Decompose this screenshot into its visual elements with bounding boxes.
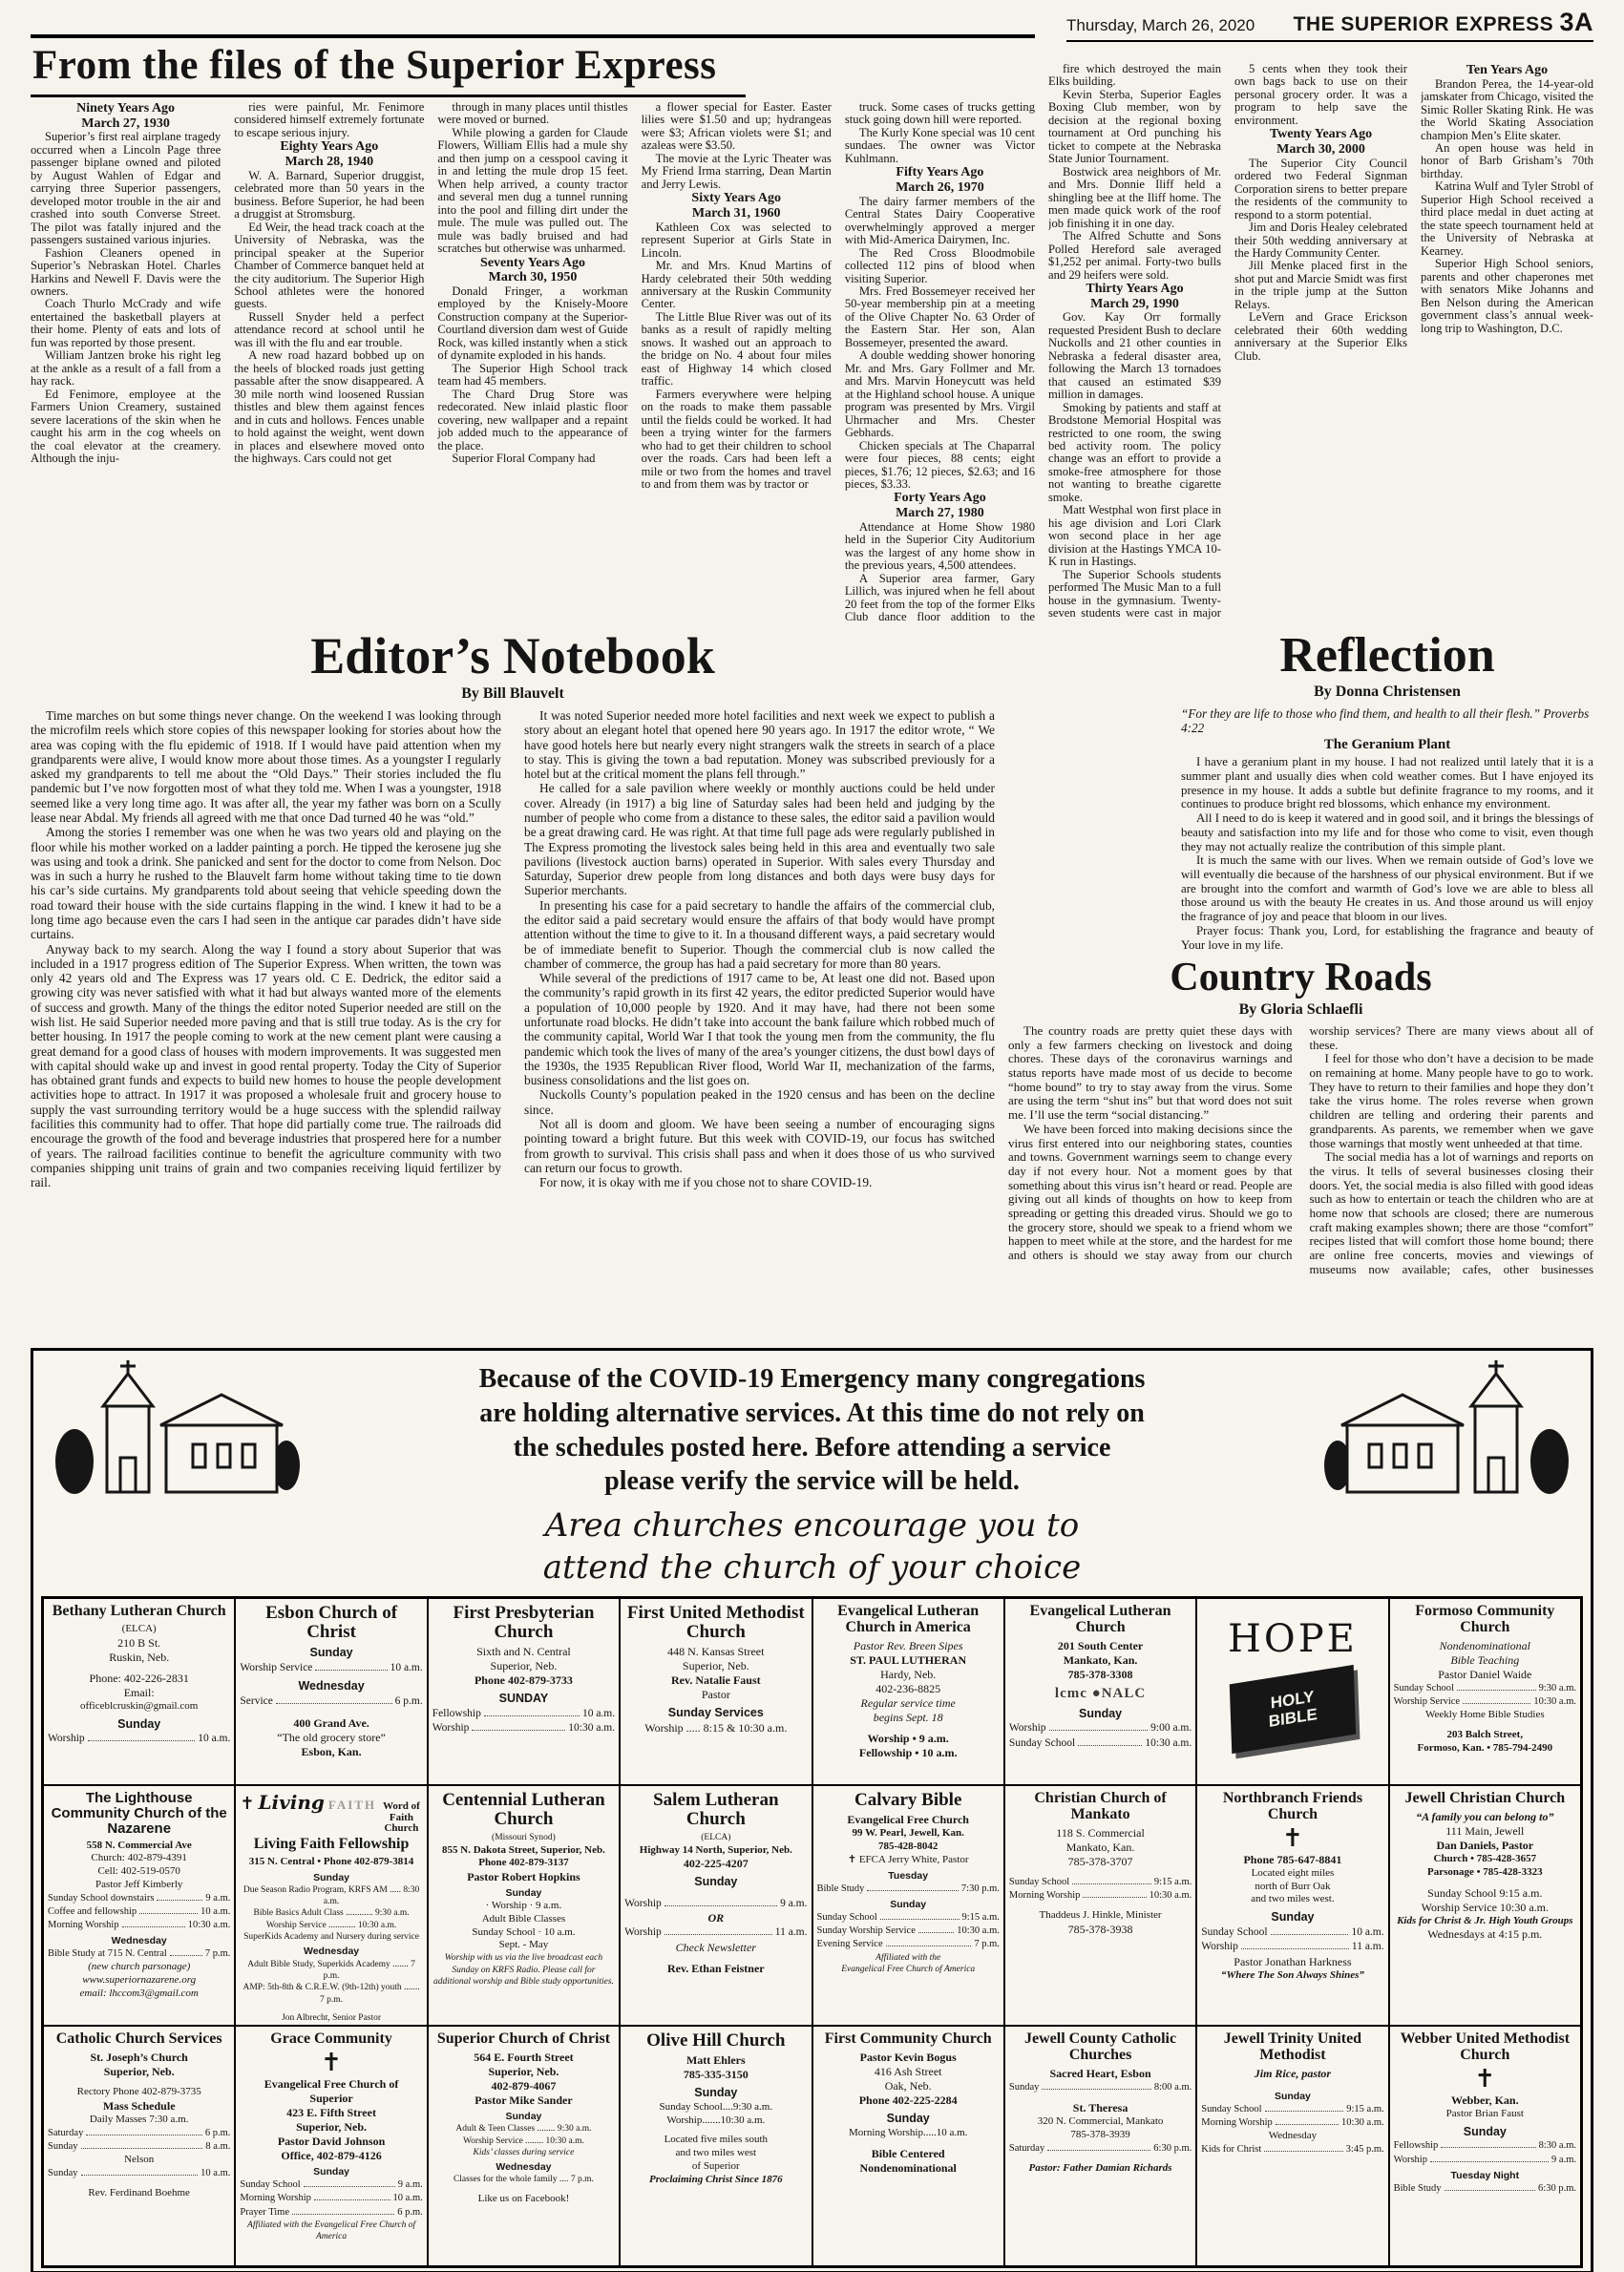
schedule-line: Sunday8 a.m. [48, 2140, 230, 2154]
dotted-leader [1463, 1703, 1530, 1704]
church-name: Evangelical Lutheran Church in America [817, 1604, 1000, 1636]
schedule-time: 6 p.m. [395, 1694, 423, 1710]
church-detail: Bible Centered [817, 2147, 1000, 2161]
news-paragraph: The Superior Schools students performed … [1048, 569, 1221, 621]
files-column: Ninety Years AgoMarch 27, 1930Superior’s… [31, 101, 221, 624]
paragraph: In presenting his case for a paid secret… [524, 898, 995, 971]
schedule-line: Worship10:30 a.m. [432, 1721, 615, 1736]
schedule-label: Sunday [48, 2140, 78, 2154]
files-column: 5 cents when they took their own bags ba… [1234, 63, 1407, 621]
church-icon: ✝ [1201, 1826, 1383, 1851]
reflection-subtitle: The Geranium Plant [1181, 737, 1593, 753]
era-heading: March 27, 1930 [31, 116, 221, 132]
church-detail: 785-378-3707 [1009, 1855, 1192, 1869]
schedule-label: Sunday School [240, 2178, 300, 2192]
schedule-line: Worship9 a.m. [624, 1897, 807, 1912]
schedule-line: Kids for Christ3:45 p.m. [1201, 2143, 1383, 2156]
dotted-leader [1241, 1948, 1349, 1949]
schedule-label: Worship Service [1394, 1695, 1460, 1709]
spacer [624, 2127, 807, 2134]
news-paragraph: LeVern and Grace Erickson celebrated the… [1234, 311, 1407, 363]
church-detail: Ruskin, Neb. [48, 1651, 230, 1665]
news-paragraph: Gov. Kay Orr formally requested Presiden… [1048, 311, 1221, 401]
schedule-time: 3:45 p.m. [1346, 2143, 1384, 2156]
dotted-leader [1265, 2111, 1344, 2112]
church-detail: Email: [48, 1686, 230, 1700]
schedule-label: Saturday [1009, 2142, 1044, 2156]
schedule-label: Prayer Time [240, 2206, 289, 2219]
church-detail: Sunday School 9:15 a.m. [1394, 1886, 1576, 1901]
church-detail: Classes for the whole family .... 7 p.m. [432, 2174, 615, 2185]
church-detail: OR [624, 1911, 807, 1925]
schedule-label: Worship [1009, 1721, 1046, 1736]
schedule-time: 7 p.m. [974, 1938, 1000, 1951]
church-cell: Salem Lutheran Church(ELCA)Highway 14 No… [620, 1785, 812, 2026]
church-detail: Mass Schedule [48, 2099, 230, 2114]
church-detail: Evangelical Free Church of [240, 2077, 422, 2092]
church-cell: Jewell Trinity United MethodistJim Rice,… [1196, 2026, 1388, 2266]
dotted-leader [484, 1715, 580, 1716]
church-detail: Pastor Brian Faust [1394, 2108, 1576, 2121]
schedule-time: 10 a.m. [198, 1732, 230, 1747]
news-paragraph: Katrina Wulf and Tyler Strobl of Superio… [1421, 180, 1593, 258]
news-paragraph: The Red Cross Bloodmobile collected 112 … [845, 247, 1035, 285]
church-detail: Worship with us via the live broadcast e… [432, 1952, 615, 1988]
schedule-label: Bible Study at 715 N. Central [48, 1947, 167, 1961]
church-detail: Phone 785-647-8841 [1201, 1853, 1383, 1867]
schedule-time: 10 a.m. [393, 2192, 423, 2205]
dotted-leader [292, 2214, 394, 2215]
church-detail: Rev. Ethan Feistner [624, 1962, 807, 1976]
church-detail: Pastor [624, 1688, 807, 1702]
dotted-leader [1047, 2150, 1150, 2151]
church-detail: Bible Basics Adult Class ............ 9:… [240, 1907, 422, 1919]
schedule-label: Saturday [48, 2127, 83, 2140]
era-heading: Sixty Years Ago [642, 191, 832, 206]
church-detail: Nondenominational [817, 2161, 1000, 2176]
church-detail: Sunday [1201, 1910, 1383, 1925]
news-paragraph: Superior Floral Company had [437, 452, 627, 465]
files-column: fire which destroyed the main Elks build… [1048, 63, 1221, 621]
news-paragraph: The Little Blue River was out of its ban… [642, 311, 832, 389]
paragraph: All I need to do is keep it watered and … [1181, 811, 1593, 853]
church-detail: Regular service time [817, 1696, 1000, 1711]
dotted-leader [886, 1946, 972, 1946]
paragraph: Area churches encourage you to [33, 1504, 1591, 1546]
news-paragraph: Donald Fringer, a workman employed by th… [437, 285, 627, 363]
church-detail: 402-225-4207 [624, 1857, 807, 1871]
church-detail: 111 Main, Jewell [1394, 1824, 1576, 1839]
news-paragraph: Jill Menke placed first in the shot put … [1234, 260, 1407, 311]
church-detail: begins Sept. 18 [817, 1711, 1000, 1725]
era-heading: Thirty Years Ago [1048, 282, 1221, 297]
schedule-label: Sunday Worship Service [817, 1925, 916, 1938]
schedule-label: Sunday School [817, 1911, 877, 1925]
church-name: Northbranch Friends Church [1201, 1791, 1383, 1823]
schedule-time: 10:30 a.m. [188, 1919, 231, 1932]
schedule-line: Worship9 a.m. [1394, 2154, 1576, 2167]
schedule-label: Sunday School [1201, 1925, 1267, 1941]
church-detail: Pastor Kevin Bogus [817, 2051, 1000, 2065]
church-cell: Webber United Methodist Church✝Webber, K… [1389, 2026, 1581, 2266]
spacer [817, 2140, 1000, 2147]
church-detail: Sunday [817, 2112, 1000, 2127]
church-detail: Sunday [1009, 1707, 1192, 1722]
spacer [240, 2006, 422, 2012]
church-detail: 416 Ash Street [817, 2065, 1000, 2079]
news-paragraph: Ed Weir, the head track coach at the Uni… [234, 221, 424, 311]
news-paragraph: The dairy farmer members of the Central … [845, 196, 1035, 247]
dotted-leader [1457, 1690, 1536, 1691]
newspaper-page: Thursday, March 26, 2020 THE SUPERIOR EX… [0, 0, 1624, 2272]
schedule-time: 10:30 a.m. [1149, 1889, 1192, 1903]
church-detail: Webber, Kan. [1394, 2093, 1576, 2108]
church-illustration-left [43, 1360, 310, 1501]
era-heading: March 30, 2000 [1234, 142, 1407, 158]
reflection-section: Reflection By Donna Christensen “For the… [1181, 630, 1593, 952]
church-detail: Phone 402-879-3137 [432, 1857, 615, 1870]
church-cell: ✝LivingFAITHWord of Faith ChurchLiving F… [235, 1785, 427, 2026]
church-detail: Sacred Heart, Esbon [1009, 2067, 1192, 2081]
era-heading: Ninety Years Ago [31, 101, 221, 116]
news-paragraph: Matt Westphal won first place in his age… [1048, 504, 1221, 568]
era-heading: March 29, 1990 [1048, 297, 1221, 312]
church-detail: Pastor David Johnson [240, 2135, 422, 2149]
schedule-line: Morning Worship10:30 a.m. [1009, 1889, 1192, 1903]
schedule-time: 6:30 p.m. [1538, 2182, 1576, 2196]
church-detail: Sunday [817, 1899, 1000, 1911]
files-column: truck. Some cases of trucks getting stuc… [845, 101, 1035, 624]
news-paragraph: The Superior High School track team had … [437, 363, 627, 389]
files-column: ries were painful, Mr. Fenimore consider… [234, 101, 424, 624]
church-detail: Tuesday Night [1394, 2170, 1576, 2182]
church-name: Formoso Community Church [1394, 1604, 1576, 1636]
news-paragraph: W. A. Barnard, Superior druggist, celebr… [234, 170, 424, 221]
church-detail: Pastor Robert Hopkins [432, 1870, 615, 1884]
church-detail: and two miles west [624, 2147, 807, 2160]
schedule-label: Sunday School downstairs [48, 1892, 154, 1905]
spacer [1009, 2094, 1192, 2101]
country-roads-section: Country Roads By Gloria Schlaefli The co… [1008, 957, 1593, 1280]
schedule-line: Sunday8:00 a.m. [1009, 2081, 1192, 2094]
masthead-title: THE SUPERIOR EXPRESS 3A [1294, 8, 1593, 37]
church-detail: 320 N. Commercial, Mankato [1009, 2115, 1192, 2129]
church-cell: Catholic Church ServicesSt. Joseph’s Chu… [43, 2026, 235, 2266]
schedule-time: 9:15 a.m. [1154, 1876, 1192, 1889]
church-detail: lcmc ●NALC [1009, 1685, 1192, 1703]
schedule-time: 6 p.m. [205, 2127, 231, 2140]
church-detail: Wednesday [432, 2161, 615, 2174]
from-the-files-section: From the files of the Superior Express N… [31, 34, 1593, 624]
news-paragraph: Bostwick area neighbors of Mr. and Mrs. … [1048, 166, 1221, 230]
church-detail: SUNDAY [432, 1692, 615, 1707]
country-roads-byline: By Gloria Schlaefli [1008, 1001, 1593, 1019]
church-detail: Worship Service ............ 10:30 a.m. [240, 1920, 422, 1931]
church-cell: HOPEHOLYBIBLE [1196, 1598, 1388, 1785]
schedule-time: 9 a.m. [398, 2178, 423, 2192]
schedule-time: 10 a.m. [1351, 1925, 1383, 1941]
news-paragraph: Chicken specials at The Chaparral were f… [845, 440, 1035, 492]
schedule-line: Sunday School10 a.m. [1201, 1925, 1383, 1941]
news-paragraph: Kevin Sterba, Superior Eagles Boxing Clu… [1048, 89, 1221, 166]
church-detail: Superior, Neb. [240, 2120, 422, 2135]
church-name: Esbon Church of Christ [240, 1604, 422, 1642]
files-column: through in many places until thistles we… [437, 101, 627, 624]
news-paragraph: Fashion Cleaners opened in Superior’s Ne… [31, 247, 221, 299]
church-detail: 203 Balch Street, [1394, 1729, 1576, 1742]
church-detail: 402-236-8825 [817, 1682, 1000, 1696]
church-detail: Wednesday [48, 1935, 230, 1947]
church-detail: Superior, Neb. [432, 2065, 615, 2079]
paragraph: the schedules posted here. Before attend… [310, 1431, 1314, 1465]
logo-caps-text: FAITH [328, 1798, 376, 1813]
news-paragraph: truck. Some cases of trucks getting stuc… [845, 101, 1035, 127]
spacer [1009, 2156, 1192, 2162]
church-detail: SuperKids Academy and Nursery during ser… [240, 1931, 422, 1943]
schedule-time: 10 a.m. [390, 1661, 423, 1676]
country-roads-body: The country roads are pretty quiet these… [1008, 1024, 1593, 1280]
news-paragraph: The movie at the Lyric Theater was My Fr… [642, 153, 832, 191]
news-paragraph: Kathleen Cox was selected to represent S… [642, 221, 832, 260]
schedule-line: Morning Worship10:30 a.m. [48, 1919, 230, 1932]
church-detail: 423 E. Fifth Street [240, 2106, 422, 2120]
right-column: Reflection By Donna Christensen “For the… [995, 630, 1593, 1344]
church-name: Grace Community [240, 2031, 422, 2048]
schedule-line: Worship Service10:30 a.m. [1394, 1695, 1576, 1709]
church-detail: 402-879-4067 [432, 2079, 615, 2093]
church-detail: Tuesday [817, 1870, 1000, 1883]
church-detail: Daily Masses 7:30 a.m. [48, 2114, 230, 2127]
schedule-line: Bible Study7:30 p.m. [817, 1883, 1000, 1896]
church-detail: Dan Daniels, Pastor [1394, 1839, 1576, 1853]
schedule-line: Morning Worship10 a.m. [240, 2192, 422, 2205]
church-detail: Wednesdays at 4:15 p.m. [1394, 1927, 1576, 1942]
news-paragraph: The Kurly Kone special was 10 cent sunda… [845, 127, 1035, 165]
news-paragraph: ries were painful, Mr. Fenimore consider… [234, 101, 424, 139]
schedule-label: Evening Service [817, 1938, 883, 1951]
dotted-leader [81, 2175, 199, 2176]
church-detail: Worship.......10:30 a.m. [624, 2114, 807, 2128]
schedule-time: 10:30 a.m. [1145, 1736, 1192, 1752]
church-cell: First Community ChurchPastor Kevin Bogus… [812, 2026, 1004, 2266]
church-detail: Rectory Phone 402-879-3735 [48, 2086, 230, 2099]
schedule-time: 9:15 a.m. [962, 1911, 1000, 1925]
paragraph: Because of the COVID-19 Emergency many c… [310, 1362, 1314, 1397]
schedule-line: Sunday Worship Service10:30 a.m. [817, 1925, 1000, 1938]
church-directory-box: Because of the COVID-19 Emergency many c… [31, 1348, 1593, 2272]
church-detail: Oak, Neb. [817, 2079, 1000, 2093]
church-detail: Bible Teaching [1394, 1653, 1576, 1668]
schedule-time: 9:30 a.m. [1539, 1682, 1576, 1695]
church-cell: The Lighthouse Community Church of the N… [43, 1785, 235, 2026]
schedule-time: 8:00 a.m. [1154, 2081, 1192, 2094]
dotted-leader [664, 1905, 777, 1906]
church-name: Bethany Lutheran Church [48, 1604, 230, 1620]
spacer [432, 2186, 615, 2193]
church-detail: Worship • 9 a.m. [817, 1732, 1000, 1746]
schedule-time: 9:15 a.m. [1346, 2103, 1383, 2116]
paragraph: Among the stories I remember was one whe… [31, 825, 501, 941]
schedule-time: 6:30 p.m. [1153, 2142, 1192, 2156]
schedule-line: Sunday School downstairs9 a.m. [48, 1892, 230, 1905]
paragraph: I have a geranium plant in my house. I h… [1181, 755, 1593, 811]
era-heading: Fifty Years Ago [845, 165, 1035, 180]
dotted-leader [1083, 1897, 1146, 1898]
church-name: Calvary Bible [817, 1791, 1000, 1810]
church-name: The Lighthouse Community Church of the N… [48, 1791, 230, 1836]
church-detail: “A family you can belong to” [1394, 1810, 1576, 1824]
church-cell: Grace Community✝Evangelical Free Church … [235, 2026, 427, 2266]
news-paragraph: Mrs. Fred Bossemeyer received her 50-yea… [845, 285, 1035, 349]
schedule-line: Worship11 a.m. [624, 1925, 807, 1941]
church-name: First Community Church [817, 2031, 1000, 2048]
church-cell: Centennial Lutheran Church(Missouri Syno… [428, 1785, 620, 2026]
church-detail: Affiliated with the Evangelical Free Chu… [240, 2219, 422, 2243]
spacer [1009, 1903, 1192, 1909]
schedule-line: Worship11 a.m. [1201, 1940, 1383, 1955]
church-detail: Phone 402-879-3733 [432, 1673, 615, 1688]
schedule-time: 8 a.m. [205, 2140, 230, 2154]
church-cell: Evangelical Lutheran Church in AmericaPa… [812, 1598, 1004, 1785]
dotted-leader [170, 1955, 202, 1956]
era-heading: March 31, 1960 [642, 206, 832, 221]
files-columns-right: fire which destroyed the main Elks build… [1035, 34, 1593, 621]
church-detail: · Worship · 9 a.m. [432, 1900, 615, 1913]
dotted-leader [304, 2186, 395, 2187]
schedule-line: Saturday6 p.m. [48, 2127, 230, 2140]
spacer [624, 1890, 807, 1897]
paragraph: While several of the predictions of 1917… [524, 971, 995, 1087]
church-detail: Sunday [240, 1872, 422, 1884]
schedule-line: Saturday6:30 p.m. [1009, 2142, 1192, 2156]
church-detail: Worship ..... 8:15 & 10:30 a.m. [624, 1721, 807, 1736]
church-detail: 448 N. Kansas Street [624, 1645, 807, 1659]
news-paragraph: A Superior area farmer, Gary Lillich, wa… [845, 573, 1035, 624]
church-cell: First Presbyterian ChurchSixth and N. Ce… [428, 1598, 620, 1785]
era-heading: Forty Years Ago [845, 491, 1035, 506]
schedule-label: Morning Worship [240, 2192, 311, 2205]
dotted-leader [122, 1926, 185, 1927]
church-name: First United Methodist Church [624, 1604, 807, 1642]
era-heading: Ten Years Ago [1421, 63, 1593, 78]
church-detail: (ELCA) [48, 1623, 230, 1636]
church-detail: St. Theresa [1009, 2101, 1192, 2115]
reflection-byline: By Donna Christensen [1181, 684, 1593, 701]
church-detail: Adult Bible Classes [432, 1913, 615, 1926]
church-detail: 785-378-3939 [1009, 2129, 1192, 2142]
church-detail: 558 N. Commercial Ave [48, 1840, 230, 1853]
dotted-leader [86, 2135, 202, 2135]
dotted-leader [880, 1919, 960, 1920]
schedule-line: Worship9:00 a.m. [1009, 1721, 1192, 1736]
schedule-label: Worship [624, 1925, 662, 1941]
church-detail: Jon Albrecht, Senior Pastor [240, 2012, 422, 2024]
reflection-body: I have a geranium plant in my house. I h… [1181, 755, 1593, 952]
spacer [48, 2079, 230, 2086]
church-detail: Formoso, Kan. • 785-794-2490 [1394, 1742, 1576, 1756]
dotted-leader [1445, 2190, 1536, 2191]
church-detail: Sunday School....9:30 a.m. [624, 2101, 807, 2114]
church-name: Catholic Church Services [48, 2031, 230, 2048]
church-detail: Adult & Teen Classes ........ 9:30 a.m. [432, 2123, 615, 2135]
logo-script-text: Living [258, 1791, 324, 1814]
schedule-line: Morning Worship10:30 a.m. [1201, 2116, 1383, 2130]
editors-notebook-title: Editor’s Notebook [31, 630, 995, 683]
covid-banner: Because of the COVID-19 Emergency many c… [33, 1351, 1591, 1501]
church-detail: Matt Ehlers [624, 2053, 807, 2068]
dotted-leader [276, 1703, 392, 1704]
church-name: Superior Church of Christ [432, 2031, 615, 2048]
church-drawing [53, 1360, 300, 1496]
news-paragraph: Superior’s first real airplane tragedy o… [31, 131, 221, 246]
dotted-leader [81, 2148, 203, 2149]
era-heading: Twenty Years Ago [1234, 127, 1407, 142]
church-cell: Formoso Community ChurchNondenominationa… [1389, 1598, 1581, 1785]
church-name: Christian Church of Mankato [1009, 1791, 1192, 1823]
church-detail: Church • 785-428-3657 [1394, 1853, 1576, 1866]
church-name: Jewell County Catholic Churches [1009, 2031, 1192, 2064]
church-name: Centennial Lutheran Church [432, 1791, 615, 1829]
era-heading: March 28, 1940 [234, 155, 424, 170]
spacer [48, 1665, 230, 1672]
church-detail: Esbon, Kan. [240, 1745, 422, 1759]
schedule-time: 6 p.m. [397, 2206, 423, 2219]
schedule-line: Prayer Time6 p.m. [240, 2206, 422, 2219]
schedule-label: Fellowship [432, 1707, 481, 1722]
church-detail: Sunday [1201, 2091, 1383, 2103]
paragraph: I feel for those who don’t have a decisi… [1310, 1052, 1594, 1150]
church-detail: Church: 402-879-4391 [48, 1852, 230, 1865]
church-detail: Due Season Radio Program, KRFS AM ..... … [240, 1884, 422, 1908]
church-name: Webber United Methodist Church [1394, 2031, 1576, 2064]
paragraph: Prayer focus: Thank you, Lord, for estab… [1181, 924, 1593, 952]
church-detail: Weekly Home Bible Studies [1394, 1709, 1576, 1722]
church-detail: Sunday [240, 2166, 422, 2178]
spacer [1394, 1880, 1576, 1886]
church-illustration-right [1314, 1360, 1581, 1501]
church-cell: Northbranch Friends Church✝Phone 785-647… [1196, 1785, 1388, 2026]
dotted-leader [1072, 1883, 1151, 1884]
spacer [1201, 2081, 1383, 2088]
church-detail: 785-378-3308 [1009, 1668, 1192, 1682]
church-detail: Located eight miles [1201, 1867, 1383, 1881]
dotted-leader [918, 1932, 954, 1933]
church-cell: Jewell County Catholic ChurchesSacred He… [1004, 2026, 1196, 2266]
church-detail: Evangelical Free Church [817, 1813, 1000, 1827]
schedule-label: Bible Study [1394, 2182, 1442, 2196]
files-column: a flower special for Easter. Easter lili… [642, 101, 832, 624]
news-paragraph: Superior High School seniors, parents an… [1421, 258, 1593, 335]
news-paragraph: While plowing a garden for Claude Flower… [437, 127, 627, 256]
church-detail: 400 Grand Ave. [240, 1716, 422, 1731]
schedule-line: Worship10 a.m. [48, 1732, 230, 1747]
news-paragraph: Russell Snyder held a perfect attendance… [234, 311, 424, 349]
church-detail: Superior, Neb. [624, 1659, 807, 1673]
editors-notebook-byline: By Bill Blauvelt [31, 685, 995, 703]
church-detail: 118 S. Commercial [1009, 1826, 1192, 1841]
spacer [1009, 1869, 1192, 1876]
schedule-label: Sunday [48, 2167, 78, 2180]
news-paragraph: through in many places until thistles we… [437, 101, 627, 127]
church-cell: Evangelical Lutheran Church201 South Cen… [1004, 1598, 1196, 1785]
dotted-leader [157, 1900, 202, 1901]
schedule-time: 11 a.m. [1352, 1940, 1384, 1955]
church-cell: First United Methodist Church448 N. Kans… [620, 1598, 812, 1785]
section-title: From the files of the Superior Express [31, 40, 746, 97]
church-detail: and two miles west. [1201, 1893, 1383, 1906]
church-detail: Sunday [432, 2111, 615, 2123]
schedule-time: 9:00 a.m. [1150, 1721, 1192, 1736]
